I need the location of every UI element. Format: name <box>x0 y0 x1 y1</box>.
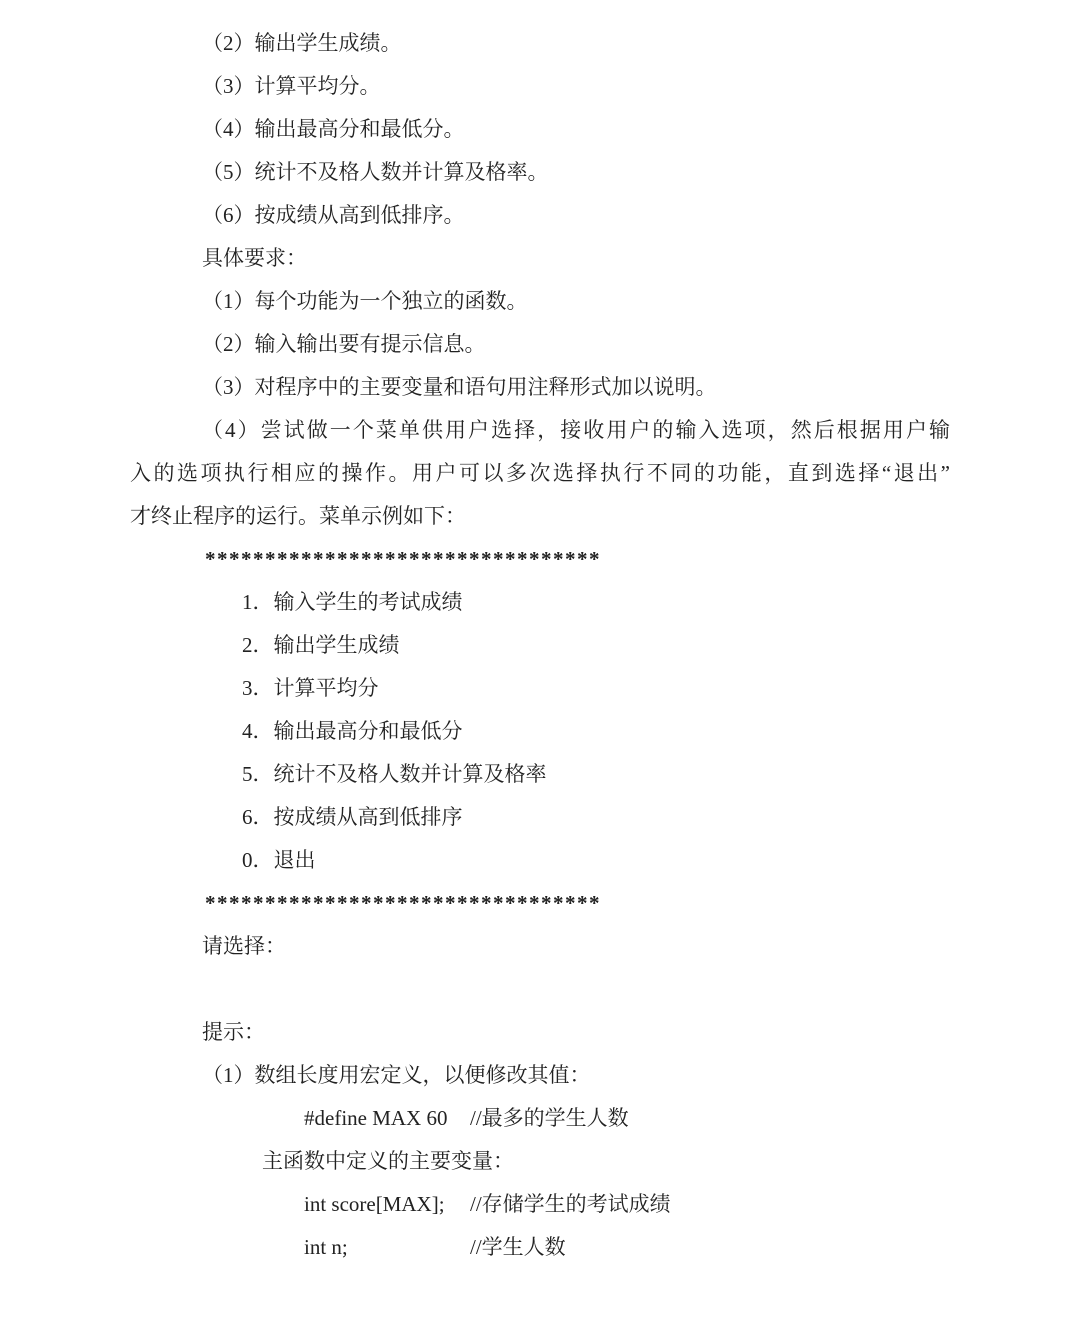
hint-item-1: （1）数组长度用宏定义，以便修改其值： <box>130 1054 950 1097</box>
function-list-item: （4）输出最高分和最低分。 <box>130 108 950 151</box>
requirement-4-line-3: 才终止程序的运行。菜单示例如下： <box>130 495 950 538</box>
requirement-item: （1）每个功能为一个独立的函数。 <box>130 280 950 323</box>
function-list-item: （2）输出学生成绩。 <box>130 22 950 65</box>
requirements-heading: 具体要求： <box>130 237 950 280</box>
define-code: #define MAX 60 <box>304 1106 447 1130</box>
menu-prompt: 请选择： <box>130 925 950 968</box>
code-line-n: int n; //学生人数 <box>130 1226 950 1269</box>
menu-item-5: 5．统计不及格人数并计算及格率 <box>130 753 950 796</box>
function-list-item: （3）计算平均分。 <box>130 65 950 108</box>
menu-border-top: ********************************* <box>130 538 950 581</box>
function-list-item: （5）统计不及格人数并计算及格率。 <box>130 151 950 194</box>
requirement-item: （2）输入输出要有提示信息。 <box>130 323 950 366</box>
function-list-item: （6）按成绩从高到低排序。 <box>130 194 950 237</box>
code-line-score: int score[MAX]; //存储学生的考试成绩 <box>130 1183 950 1226</box>
hints-heading: 提示： <box>130 1011 950 1054</box>
menu-item-6: 6．按成绩从高到低排序 <box>130 796 950 839</box>
requirement-4-line-2: 入的选项执行相应的操作。用户可以多次选择执行不同的功能，直到选择“退出” <box>130 452 950 495</box>
menu-item-1: 1．输入学生的考试成绩 <box>130 581 950 624</box>
blank-line <box>130 968 950 1011</box>
score-code: int score[MAX]; <box>304 1192 445 1216</box>
main-vars-label: 主函数中定义的主要变量： <box>130 1140 950 1183</box>
requirement-item: （3）对程序中的主要变量和语句用注释形式加以说明。 <box>130 366 950 409</box>
code-line-define: #define MAX 60 //最多的学生人数 <box>130 1097 950 1140</box>
n-comment: //学生人数 <box>470 1226 566 1269</box>
document-page: （2）输出学生成绩。 （3）计算平均分。 （4）输出最高分和最低分。 （5）统计… <box>0 0 1080 1318</box>
n-code: int n; <box>304 1235 348 1259</box>
score-comment: //存储学生的考试成绩 <box>470 1183 671 1226</box>
define-comment: //最多的学生人数 <box>470 1097 629 1140</box>
menu-border-bottom: ********************************* <box>130 882 950 925</box>
menu-item-4: 4．输出最高分和最低分 <box>130 710 950 753</box>
menu-item-2: 2．输出学生成绩 <box>130 624 950 667</box>
menu-item-3: 3．计算平均分 <box>130 667 950 710</box>
requirement-4-line-1: （4）尝试做一个菜单供用户选择，接收用户的输入选项，然后根据用户输 <box>130 409 950 452</box>
menu-item-0: 0．退出 <box>130 839 950 882</box>
